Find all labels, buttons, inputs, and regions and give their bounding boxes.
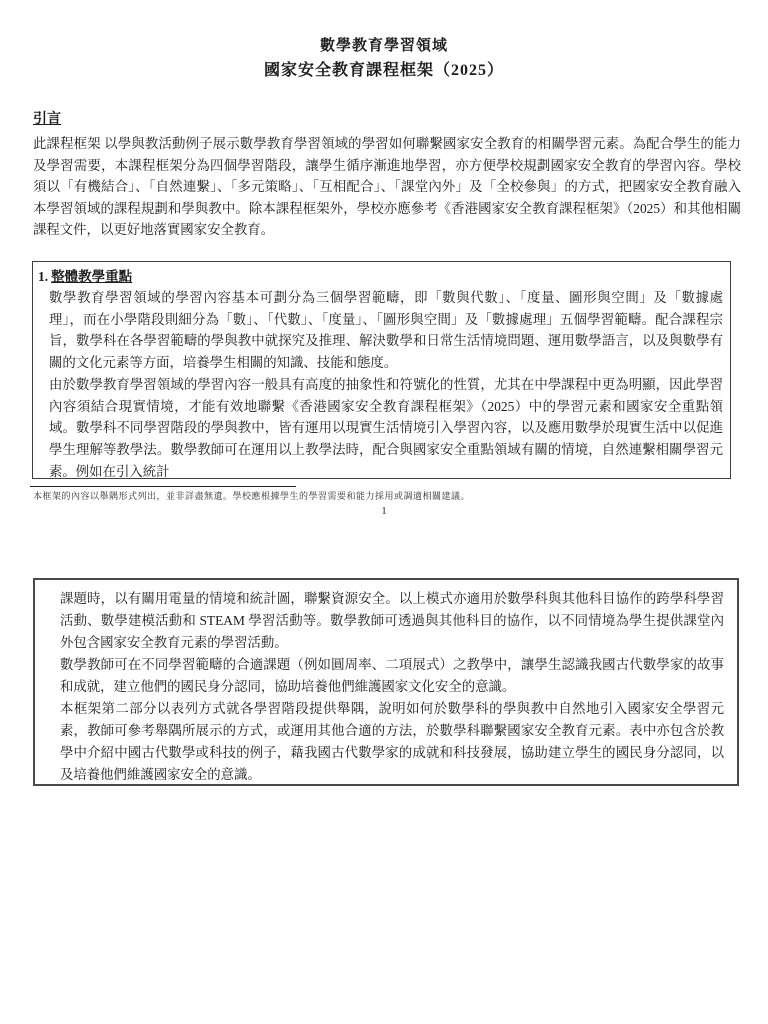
box2-paragraph-3: 本框架第二部分以表列方式就各學習階段提供舉隅，說明如何於數學科的學與教中自然地引… <box>60 698 724 786</box>
box1-paragraph-2: 由於數學教育學習領域的學習內容一般具有高度的抽象性和符號化的性質，尤其在中學課程… <box>49 374 723 479</box>
intro-heading: 引言 <box>33 110 61 130</box>
framed-section-overall-teaching-points: 1.整體教學重點 數學教育學習領域的學習內容基本可劃分為三個學習範疇，即「數與代… <box>32 261 731 479</box>
box1-paragraph-1: 數學教育學習領域的學習內容基本可劃分為三個學習範疇，即「數與代數」、「度量、圖形… <box>49 287 723 374</box>
box2-paragraph-2: 數學教師可在不同學習範疇的合適課題（例如圓周率、二項展式）之教學中，讓學生認識我… <box>60 654 724 698</box>
title-line-1: 數學教育學習領域 <box>0 34 768 58</box>
footnote-text: 本框架的內容以舉隅形式列出，並非詳盡無遺。學校應根據學生的學習需要和能力採用或調… <box>33 490 593 502</box>
box2-paragraph-1: 課題時，以有關用電量的情境和統計圖，聯繫資源安全。以上模式亦適用於數學科與其他科… <box>60 588 724 654</box>
footnote-separator <box>30 486 296 487</box>
document-page-view: { "doc": { "title_line1": "數學教育學習領域", "t… <box>0 0 768 1024</box>
framed-section-page2: 課題時，以有關用電量的情境和統計圖，聯繫資源安全。以上模式亦適用於數學科與其他科… <box>33 578 739 786</box>
section-1-title: 整體教學重點 <box>51 269 132 284</box>
section-1-heading: 1.整體教學重點 <box>38 266 723 287</box>
section-1-number: 1. <box>38 269 48 284</box>
document-title: 數學教育學習領域 國家安全教育課程框架（2025） <box>0 34 768 84</box>
intro-paragraph: 此課程框架 以學與教活動例子展示數學教育學習領域的學習如何聯繫國家安全教育的相關… <box>33 133 741 241</box>
title-line-2: 國家安全教育課程框架（2025） <box>0 58 768 84</box>
page-number: 1 <box>0 506 768 517</box>
